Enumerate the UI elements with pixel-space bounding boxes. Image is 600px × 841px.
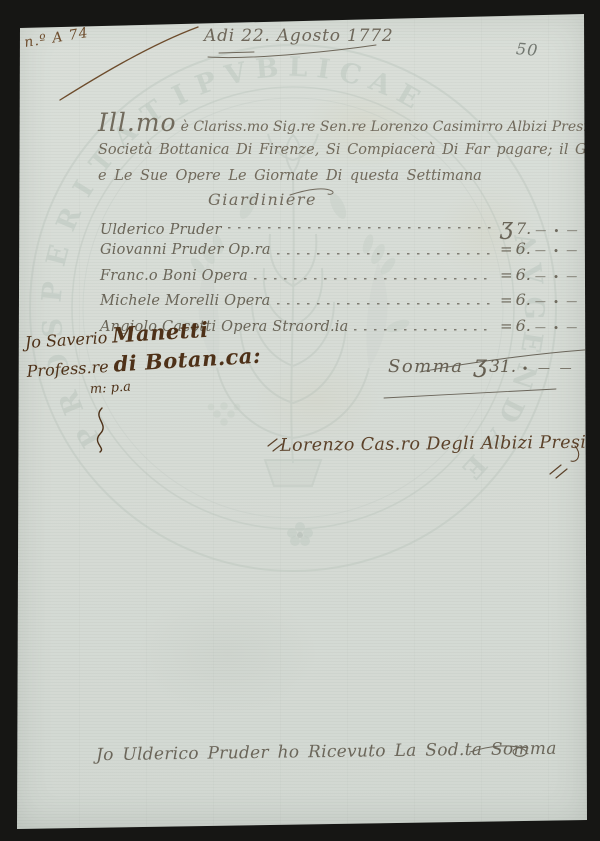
pencil-folio-number: 50 <box>515 39 539 60</box>
lira-sign: = <box>500 240 513 258</box>
amount-dashes: — ∙ — <box>535 270 579 283</box>
lira-sign: = <box>500 266 513 284</box>
manetti-line1-large: Manetti <box>111 317 209 348</box>
amount-dashes: — ∙ — <box>535 224 579 237</box>
ledger-row: Giovanni Pruder Op.ra=6.— ∙ — <box>100 239 588 264</box>
worker-name: Giovanni Pruder Op.ra <box>100 242 271 258</box>
date-underline-short <box>219 52 254 53</box>
ledger-row: Ulderico Pruderʒ7.— ∙ — <box>100 214 588 239</box>
amount-cell: ʒ7.— ∙ — <box>500 214 588 240</box>
worker-name: Franc.o Boni Opera <box>100 268 248 284</box>
manetti-line1-small: Jo Saverio <box>24 328 113 352</box>
lira-sign: = <box>500 291 513 309</box>
amount-value: 7. <box>516 219 531 238</box>
amount-dashes: — ∙ — <box>535 321 579 334</box>
signature-slash-marks <box>550 465 567 478</box>
total-line: Somma ʒ 31. ∙ — — <box>388 350 575 378</box>
amount-value: 6. <box>516 239 531 258</box>
dotted-leader <box>277 247 494 257</box>
manetti-paraph <box>97 408 103 452</box>
amount-value: 6. <box>516 290 531 309</box>
amount-cell: =6.— ∙ — <box>500 265 588 284</box>
salutation-line-3: e Le Sue Opere Le Giornate Di questa Set… <box>98 168 482 184</box>
amount-cell: =6.— ∙ — <box>500 316 588 335</box>
worker-name: Ulderico Pruder <box>100 222 222 238</box>
date-line: Adi 22. Agosto 1772 <box>204 26 394 46</box>
total-label: Somma <box>388 356 464 377</box>
president-signature: Lorenzo Cas.ro Degli Albizi Presidente <box>280 432 600 456</box>
amount-value: 6. <box>516 265 531 284</box>
ledger-row: Michele Morelli Opera=6.— ∙ — <box>100 290 588 315</box>
dotted-leader <box>228 222 494 232</box>
amount-dashes: — ∙ — <box>535 295 579 308</box>
worker-name: Michele Morelli Opera <box>100 293 271 309</box>
ledger-row: Franc.o Boni Opera=6.— ∙ — <box>100 265 588 290</box>
salutation-line-1: Ill.moè Clariss.mo Sig.re Sen.re Lorenzo… <box>98 108 600 137</box>
date-underline <box>208 45 376 58</box>
salutation-line-1-text: è Clariss.mo Sig.re Sen.re Lorenzo Casim… <box>181 119 600 135</box>
dotted-leader <box>277 298 495 308</box>
dotted-leader <box>354 323 494 333</box>
list-header: Giardiniere <box>208 190 317 209</box>
amount-dashes: — ∙ — <box>535 244 579 257</box>
manuscript-page: PROSPERITATI PVBLICAE AVGENDAE <box>12 8 590 830</box>
amount-value: 6. <box>516 316 531 335</box>
dotted-leader <box>254 272 494 282</box>
salutation-initial: Ill.mo <box>98 108 177 137</box>
amount-cell: =6.— ∙ — <box>500 290 588 309</box>
somma-lower-rule <box>384 389 556 398</box>
manetti-note: Jo Saverio Manetti Profess.re di Botan.c… <box>24 314 263 403</box>
lira-sign: ʒ <box>474 350 488 378</box>
total-amount: 31. <box>489 357 516 377</box>
lira-sign: ʒ <box>500 214 513 240</box>
scan-background: PROSPERITATI PVBLICAE AVGENDAE <box>0 0 600 841</box>
total-dashes: ∙ — — <box>522 361 575 375</box>
manetti-line2-small: Profess.re <box>26 357 114 381</box>
amount-cell: =6.— ∙ — <box>500 239 588 258</box>
lira-sign: = <box>500 317 513 335</box>
salutation-line-2: Società Bottanica Di Firenze, Si Compiac… <box>98 142 600 158</box>
